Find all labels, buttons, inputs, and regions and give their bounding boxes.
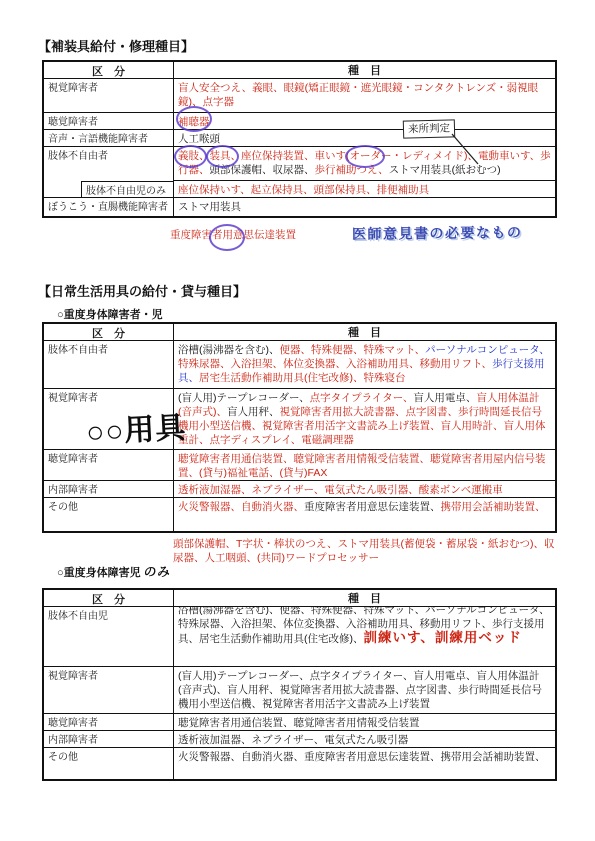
table-row: 肢体不自由児浴槽(湯沸器を含む)、便器、特殊便器、特殊マット、パーソナルコンピュ… [44, 607, 555, 667]
item-text-segment: 透析液加湿器、ネブライザー、電気式たん吸引器、酸素ボンベ運搬車 [178, 484, 503, 496]
category-header: 区 分 [44, 324, 174, 341]
item-text-segment: 透析液加温器、ネブライザー、電気式たん吸引器 [178, 734, 408, 746]
subsection2-title-text: ○重度身体障害児 [57, 567, 141, 579]
subsection1-title: ○重度身体障害者・児 [57, 306, 163, 322]
items-cell: (盲人用)テープレコーダー、点字タイプライター、盲人用電卓、盲人用体温計(音声式… [174, 667, 555, 714]
items-header: 種 目 [174, 324, 555, 341]
items-cell: 聴覚障害者用通信装置、聴覚障害者用情報受信装置 [174, 714, 555, 731]
merged-empty-cell [44, 181, 82, 198]
item-text-segment: ストマ用装具(紙おむつ) [389, 164, 501, 176]
items-cell: 透析液加湿器、ネブライザー、電気式たん吸引器、酸素ボンベ運搬車 [174, 481, 555, 498]
items-cell: 補聴器 [174, 113, 555, 130]
category-header: 区 分 [44, 62, 174, 79]
category-cell: 内部障害者 [44, 481, 174, 498]
item-text-segment: 重度障害者用意思伝達装置、 [304, 501, 441, 513]
item-text-segment: 盲人安全つえ、義眼、眼鏡(矯正眼鏡・遮光眼鏡・コンタクトレンズ・弱視眼鏡)、点字… [178, 82, 538, 108]
category-header: 区 分 [44, 590, 174, 607]
items-cell: 火災警報器、自動消火器、重度障害者用意思伝達装置、携帯用会話補助装置、 [174, 498, 555, 531]
category-cell: 聴覚障害者 [44, 113, 174, 130]
table-row: 内部障害者透析液加湿器、ネブライザー、電気式たん吸引器、酸素ボンベ運搬車 [44, 481, 555, 498]
table-row: ぼうこう・直腸機能障害者ストマ用装具 [44, 198, 555, 216]
table-row: 聴覚障害者聴覚障害者用通信装置、聴覚障害者用情報受信装置、聴覚障害者用屋内信号装… [44, 450, 555, 481]
item-text-segment: (盲人用)テープレコーダー、点字タイプライター、盲人用電卓、盲人用体温計(音声式… [178, 670, 542, 710]
table-header-row: 区 分種 目 [44, 62, 555, 79]
items-header: 種 目 [174, 62, 555, 79]
items-cell: 透析液加温器、ネブライザー、電気式たん吸引器 [174, 731, 555, 748]
item-text-segment: パーソナルコンピュータ、 [425, 344, 549, 356]
table-row: 聴覚障害者補聴器 [44, 113, 555, 130]
document-page: 【補装具給付・修理種目】 区 分種 目視覚障害者盲人安全つえ、義眼、眼鏡(矯正眼… [0, 0, 595, 841]
items-cell: 浴槽(湯沸器を含む)、便器、特殊便器、特殊マット、パーソナルコンピュータ、特殊尿… [174, 607, 555, 667]
item-text-segment: 特殊尿器、入浴担架、体位変換器、入浴補助用具、移動用リフト、 [178, 358, 492, 370]
category-cell: ぼうこう・直腸機能障害者 [44, 198, 174, 216]
items-cell: 座位保持いす、起立保持具、頭部保持具、排便補助具 [174, 181, 555, 198]
table-row: 視覚障害者盲人安全つえ、義眼、眼鏡(矯正眼鏡・遮光眼鏡・コンタクトレンズ・弱視眼… [44, 79, 555, 113]
section1-title: 【補装具給付・修理種目】 [38, 36, 194, 55]
table-row: その他火災警報器、自動消火器、重度障害者用意思伝達装置、携帯用会話補助装置、 [44, 498, 555, 531]
category-cell: 肢体不自由児 [44, 607, 174, 667]
item-text-segment: 歩行補助つえ、 [315, 164, 389, 176]
circle-shayou [209, 224, 245, 251]
items-cell: 浴槽(湯沸器を含む)、便器、特殊便器、特殊マット、パーソナルコンピュータ、特殊尿… [174, 341, 555, 389]
table-header-row: 区 分種 目 [44, 590, 555, 607]
table-header-row: 区 分種 目 [44, 324, 555, 341]
marubatsu-yougu-note: ○○用具 [85, 402, 187, 451]
subsection2-title: ○重度身体障害児のみ [57, 562, 171, 580]
leader-line [448, 130, 482, 168]
item-text-segment: 訓練いす、訓練用ベッド [364, 630, 522, 645]
circle-gishi [174, 145, 207, 168]
item-text-segment: 浴槽(湯沸器を含む)、 [178, 344, 280, 356]
category-cell: 聴覚障害者 [44, 450, 174, 481]
category-cell: その他 [44, 748, 174, 779]
item-text-segment: 人工喉頭 [178, 133, 220, 145]
items-header: 種 目 [174, 590, 555, 607]
category-cell: 音声・言語機能障害者 [44, 130, 174, 147]
category-cell: 肢体不自由者 [44, 147, 174, 181]
table-row: 聴覚障害者聴覚障害者用通信装置、聴覚障害者用情報受信装置 [44, 714, 555, 731]
item-text-segment: 盲人用秤、 [227, 406, 280, 418]
item-text-segment: (盲人用)テープレコーダー、 [178, 392, 310, 404]
items-cell: 火災警報器、自動消火器、重度障害者用意思伝達装置、携帯用会話補助装置、 [174, 748, 555, 779]
category-cell: 視覚障害者 [44, 79, 174, 113]
only-handwritten-suffix: のみ [143, 562, 172, 580]
items-cell: (盲人用)テープレコーダー、点字タイプライター、盲人用電卓、盲人用体温計(音声式… [174, 389, 555, 450]
category-cell: 肢体不自由児のみ [82, 181, 174, 198]
item-text-segment: 点字タイプライター、 [310, 392, 414, 404]
items-cell: 盲人安全つえ、義眼、眼鏡(矯正眼鏡・遮光眼鏡・コンタクトレンズ・弱視眼鏡)、点字… [174, 79, 555, 113]
category-cell: 内部障害者 [44, 731, 174, 748]
doctor-opinion-handwritten-note: 医師意見書の必要なもの [352, 222, 523, 244]
circle-order [345, 145, 385, 168]
table-row: 肢体不自由者浴槽(湯沸器を含む)、便器、特殊便器、特殊マット、パーソナルコンピュ… [44, 341, 555, 389]
circle-hochouki [176, 106, 212, 132]
item-text-segment: 居宅生活動作補助用具(住宅改修)、特殊寝台 [199, 372, 406, 384]
items-cell: 聴覚障害者用通信装置、聴覚障害者用情報受信装置、聴覚障害者用屋内信号装置、(貸与… [174, 450, 555, 481]
item-text-segment: 便器、特殊便器、特殊マット、 [280, 344, 426, 356]
category-cell: 視覚障害者 [44, 667, 174, 714]
item-text-segment: 聴覚障害者用通信装置、聴覚障害者用情報受信装置、聴覚障害者用屋内信号装置、(貸与… [178, 453, 546, 479]
circle-sougu [206, 145, 239, 168]
table-row: 肢体不自由児のみ座位保持いす、起立保持具、頭部保持具、排便補助具 [44, 181, 555, 198]
table-row: 視覚障害者(盲人用)テープレコーダー、点字タイプライター、盲人用電卓、盲人用体温… [44, 667, 555, 714]
nichijo-child-table: 区 分種 目肢体不自由児浴槽(湯沸器を含む)、便器、特殊便器、特殊マット、パーソ… [42, 588, 557, 781]
table-row: 内部障害者透析液加温器、ネブライザー、電気式たん吸引器 [44, 731, 555, 748]
item-text-segment: 座位保持いす、起立保持具、頭部保持具、排便補助具 [178, 184, 429, 196]
item-text-segment: ストマ用装具 [178, 201, 241, 213]
items-cell: ストマ用装具 [174, 198, 555, 216]
additional-items-note: 頭部保護帽、T字状・棒状のつえ、ストマ用装具(蓄便袋・蓄尿袋・紙おむつ)、収尿器… [173, 537, 555, 565]
table-row: その他火災警報器、自動消火器、重度障害者用意思伝達装置、携帯用会話補助装置、 [44, 748, 555, 779]
item-text-segment: 火災警報器、自動消火器、 [178, 501, 304, 513]
category-cell: 聴覚障害者 [44, 714, 174, 731]
item-text-segment: 盲人用電卓、 [413, 392, 476, 404]
item-text-segment: 火災警報器、自動消火器、重度障害者用意思伝達装置、携帯用会話補助装置、 [178, 751, 546, 763]
section2-title: 【日常生活用具の給付・貸与種目】 [38, 281, 246, 300]
category-cell: その他 [44, 498, 174, 531]
category-cell: 肢体不自由者 [44, 341, 174, 389]
item-text-segment: 携帯用会話補助装置、 [441, 501, 546, 513]
item-text-segment: 聴覚障害者用通信装置、聴覚障害者用情報受信装置 [178, 717, 420, 729]
